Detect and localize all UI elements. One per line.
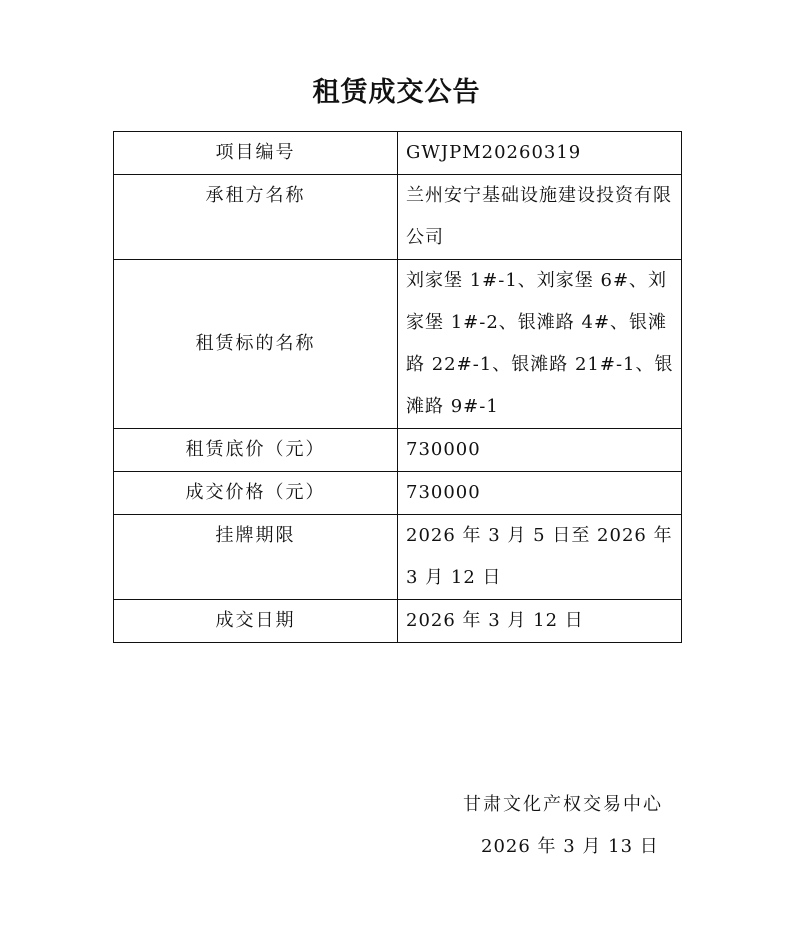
row-label-listing-period: 挂牌期限: [114, 515, 398, 600]
row-value-lessee: 兰州安宁基础设施建设投资有限公司: [398, 175, 682, 260]
table-row: 项目编号 GWJPM20260319: [114, 132, 682, 175]
row-value-reserve-price: 730000: [398, 429, 682, 472]
document-title: 租赁成交公告: [0, 70, 793, 109]
row-label-project-id: 项目编号: [114, 132, 398, 175]
row-label-lessee: 承租方名称: [114, 175, 398, 260]
row-value-deal-price: 730000: [398, 472, 682, 515]
row-value-deal-date: 2026 年 3 月 12 日: [398, 600, 682, 643]
row-label-deal-date: 成交日期: [114, 600, 398, 643]
table-row: 成交日期 2026 年 3 月 12 日: [114, 600, 682, 643]
table-row: 挂牌期限 2026 年 3 月 5 日至 2026 年 3 月 12 日: [114, 515, 682, 600]
table-row: 承租方名称 兰州安宁基础设施建设投资有限公司: [114, 175, 682, 260]
table-row: 租赁底价（元） 730000: [114, 429, 682, 472]
announcement-table: 项目编号 GWJPM20260319 承租方名称 兰州安宁基础设施建设投资有限公…: [113, 131, 682, 643]
row-label-lease-object: 租赁标的名称: [114, 260, 398, 429]
row-value-project-id: GWJPM20260319: [398, 132, 682, 175]
row-value-lease-object: 刘家堡 1#-1、刘家堡 6#、刘家堡 1#-2、银滩路 4#、银滩路 22#-…: [398, 260, 682, 429]
row-value-listing-period: 2026 年 3 月 5 日至 2026 年 3 月 12 日: [398, 515, 682, 600]
row-label-reserve-price: 租赁底价（元）: [114, 429, 398, 472]
issue-date: 2026 年 3 月 13 日: [481, 832, 659, 858]
issuing-organization: 甘肃文化产权交易中心: [463, 790, 663, 816]
row-label-deal-price: 成交价格（元）: [114, 472, 398, 515]
table-row: 租赁标的名称 刘家堡 1#-1、刘家堡 6#、刘家堡 1#-2、银滩路 4#、银…: [114, 260, 682, 429]
table-row: 成交价格（元） 730000: [114, 472, 682, 515]
